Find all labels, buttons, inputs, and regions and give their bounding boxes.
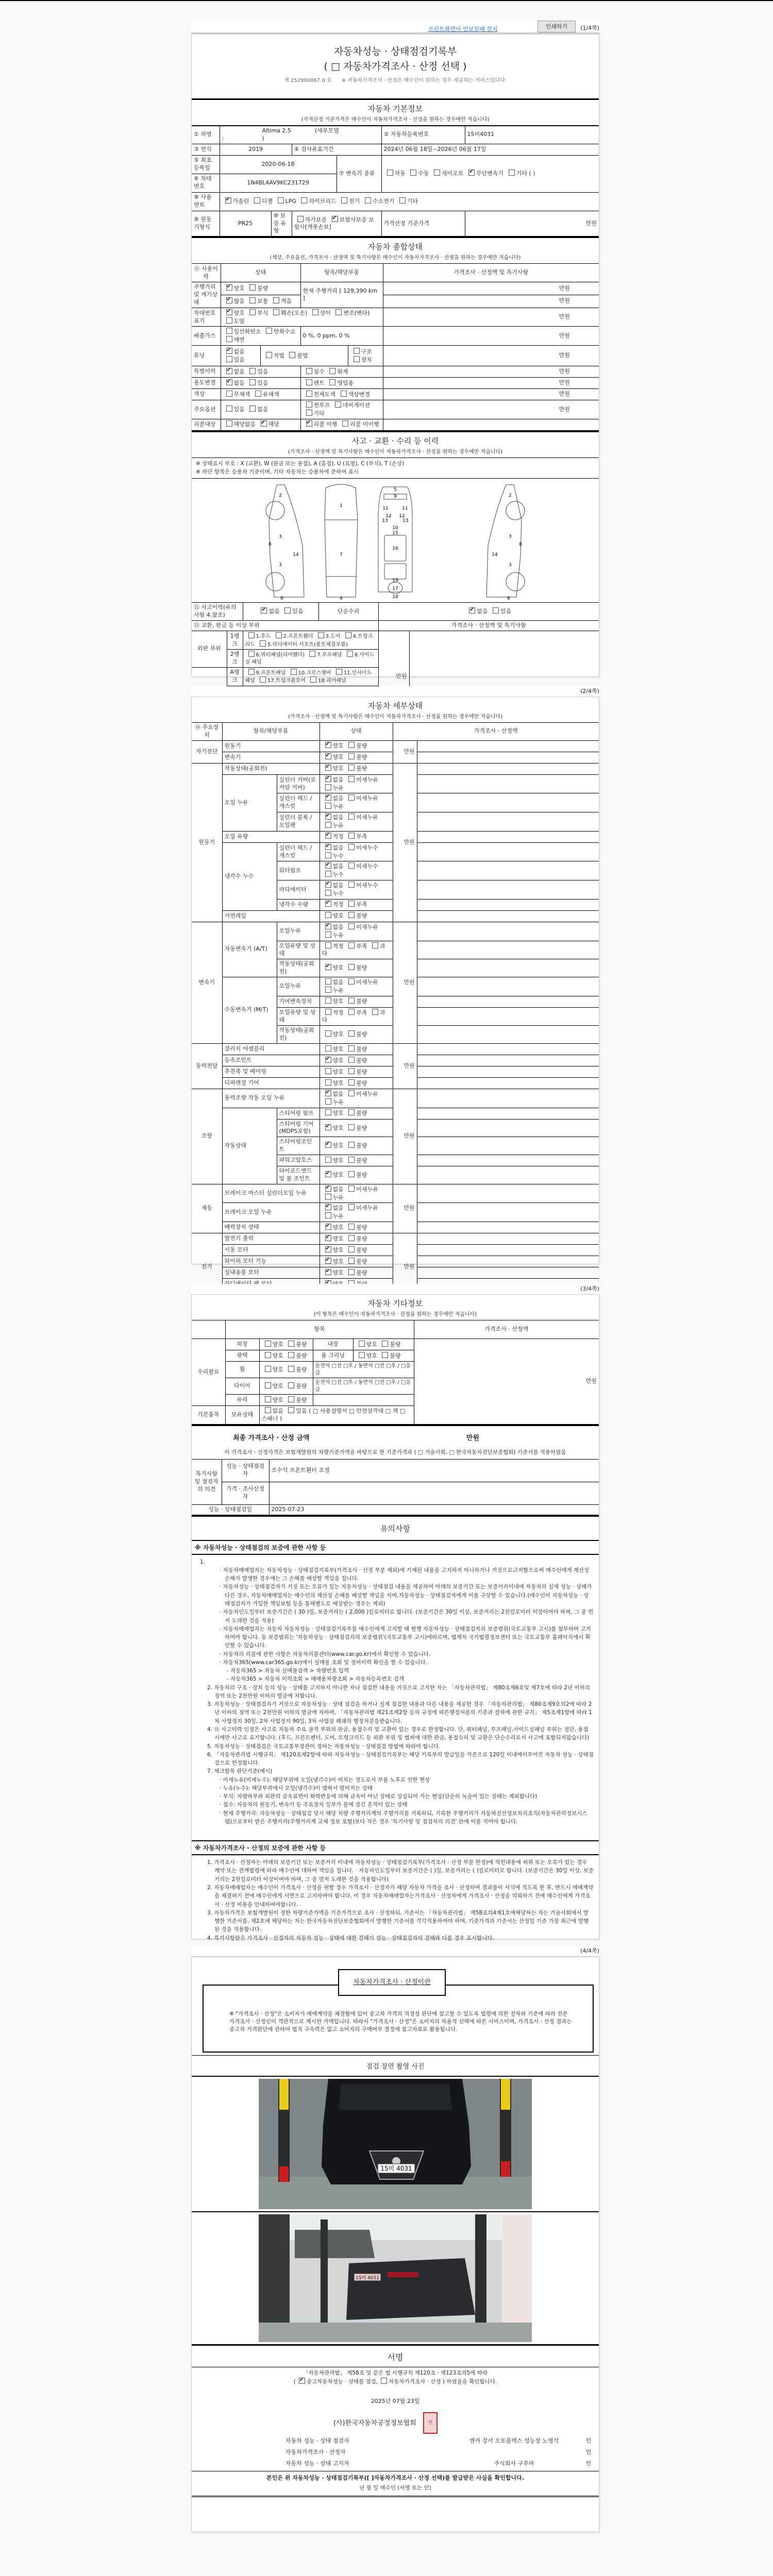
checkbox[interactable] — [325, 1098, 331, 1105]
checkbox-label: 변조(변타) — [343, 310, 369, 316]
checkbox[interactable] — [372, 1009, 378, 1015]
checkbox[interactable] — [342, 420, 348, 427]
checkbox[interactable] — [335, 309, 342, 315]
checkbox-label: 미세누유 — [356, 1186, 378, 1193]
checkbox[interactable] — [325, 1157, 331, 1163]
checkbox[interactable] — [348, 1258, 355, 1264]
checkbox[interactable] — [325, 882, 331, 888]
transmission-label: ⑦ 변속기 종류 — [337, 155, 381, 192]
other-info-table: 항목가격조사 · 산정액수리필요외장양호 불량 내장양호 불량 만원광택양호 불… — [192, 1320, 599, 1425]
engine-value: PR25 — [220, 211, 271, 236]
checkbox[interactable] — [348, 978, 355, 985]
checkbox-label: 불량 — [390, 1352, 400, 1359]
checkbox[interactable] — [325, 1224, 331, 1230]
checkbox-label: 양호 — [333, 1269, 344, 1276]
checkbox[interactable] — [325, 987, 331, 993]
checkbox-label: 양호 — [333, 998, 344, 1005]
checkbox[interactable] — [348, 1045, 355, 1052]
checkbox[interactable] — [468, 170, 475, 176]
checkbox-label: 3.도어 — [326, 634, 341, 639]
checkbox[interactable] — [335, 401, 341, 408]
checkbox-label: 미세누유 — [356, 795, 378, 802]
checkbox[interactable] — [382, 1341, 388, 1347]
checkbox-label: 양호 — [333, 1046, 344, 1053]
checkbox[interactable] — [336, 669, 342, 675]
checkbox[interactable] — [469, 607, 475, 614]
checkbox[interactable] — [354, 356, 360, 362]
checkbox[interactable] — [265, 1396, 271, 1402]
checkbox-label: 불량 — [390, 1341, 400, 1348]
checkbox-label: 양호 — [333, 912, 344, 919]
checkbox[interactable] — [325, 1109, 331, 1115]
page-indicator: (1/4쪽) — [580, 24, 599, 32]
checkbox[interactable] — [226, 328, 232, 334]
checkbox[interactable] — [325, 794, 331, 801]
price-basis-note: 이 가격조사 · 산정가격은 보험개발원의 차량기준가액을 바탕으로 한 기준가… — [192, 1445, 599, 1459]
reg-no-value: 15미4031 — [465, 126, 599, 144]
checkbox[interactable] — [325, 923, 331, 929]
checkbox[interactable] — [348, 765, 355, 771]
checkbox[interactable] — [325, 1142, 331, 1148]
inspection-label: ④ 검사유효기간 — [292, 144, 381, 155]
mileage-label: 주행거리 및 계기상태 — [192, 282, 221, 308]
checkbox[interactable] — [348, 1057, 355, 1063]
checkbox[interactable] — [325, 765, 331, 771]
checkbox[interactable] — [325, 803, 331, 809]
checkbox[interactable] — [288, 1407, 294, 1413]
checkbox-label: 양호 — [333, 1080, 344, 1087]
print-help-link[interactable]: 프린트화면이 안보일때 설치 — [428, 25, 498, 33]
checkbox-label: 매연 — [234, 336, 245, 343]
checkbox[interactable] — [325, 1246, 331, 1252]
checkbox[interactable] — [325, 833, 331, 839]
signer-row: 자동차 성능 · 상태 점검자엔카 강서 오토플렉스 성능장 노영석인 — [192, 2435, 599, 2446]
warranty-label: ⑩ 보증 유형 — [271, 211, 292, 236]
checkbox[interactable] — [348, 882, 355, 888]
checkbox[interactable] — [306, 401, 312, 408]
checkbox[interactable] — [306, 379, 312, 385]
checkbox[interactable] — [226, 348, 232, 354]
checkbox-label: 영업용 — [337, 380, 354, 386]
checkbox[interactable] — [325, 890, 331, 896]
checkbox-label: 2.프론트휀더 — [283, 634, 313, 639]
checkbox-label: 적정 — [333, 1009, 344, 1016]
buyer-confirm: 본인은 위 자동차성능 · 상태점검기록부([ ]자동차가격조사 · 산정 선택… — [192, 2471, 599, 2497]
checkbox-label: 양호 — [333, 1069, 344, 1075]
checkbox[interactable] — [226, 284, 232, 291]
checkbox[interactable] — [289, 352, 295, 358]
accident-legend: ※ 상태표시 부호 : X (교환), W (판금 또는 용접), A (흠집)… — [192, 457, 599, 479]
checkbox-label: 양호 — [333, 742, 344, 749]
device-group: 변속기 — [192, 922, 222, 1043]
law-confirm: 「자동차관리법」 제58조 및 같은 법 시행규칙 제120조 · 제123조의… — [192, 2367, 599, 2388]
checkbox-label: 누유 — [333, 785, 344, 791]
checkbox[interactable] — [348, 1109, 355, 1115]
checkbox-label: 있음 — [234, 357, 245, 363]
checkbox-label: 누유 — [333, 1099, 344, 1106]
checkbox[interactable] — [325, 1185, 331, 1192]
checkbox[interactable] — [249, 309, 256, 315]
checkbox-label: 불량 — [356, 1110, 367, 1116]
checkbox[interactable] — [248, 651, 255, 657]
checkbox[interactable] — [348, 776, 355, 782]
checkbox[interactable] — [382, 1352, 388, 1358]
checkbox-label: 누유 — [333, 987, 344, 994]
checkbox-label: 불량 — [356, 754, 367, 760]
checkbox-label: 양호 — [234, 285, 245, 292]
association-seal: 인 — [423, 2412, 438, 2434]
basic-info-table: ① 차명 Altima 2.5(세부모델 :) ② 자동차등록번호 15미403… — [192, 125, 599, 236]
checkbox[interactable] — [348, 1142, 355, 1148]
checkbox[interactable] — [509, 170, 515, 176]
checkbox[interactable] — [325, 1171, 331, 1177]
checkbox[interactable] — [325, 871, 331, 877]
checkbox[interactable] — [348, 1171, 355, 1177]
checkbox-label: 부족 — [356, 901, 367, 908]
checkbox[interactable] — [325, 1068, 331, 1074]
diagram-part-label: 13 — [402, 518, 408, 523]
checkbox[interactable] — [348, 844, 355, 850]
price-warranty-notes: 1. 가격조사 · 산정자는 아래의 보증기간 또는 보증거리 이내에 자동차성… — [192, 1855, 599, 1959]
checkbox[interactable] — [226, 317, 232, 324]
checkbox-label: 기타 — [314, 410, 325, 417]
checkbox-label: 많음 — [234, 298, 245, 304]
checkbox-label: 양호 — [333, 754, 344, 760]
checkbox[interactable] — [288, 1382, 294, 1388]
checkbox[interactable] — [325, 1030, 331, 1037]
checkbox[interactable] — [226, 420, 232, 427]
diagram-part-label: 3 — [509, 534, 512, 539]
checkbox-label: 해당없음 — [234, 421, 256, 428]
checkbox[interactable] — [266, 352, 272, 358]
signer-row: 자동차가격조사 · 산정자인 — [192, 2446, 599, 2458]
checkbox[interactable] — [248, 632, 255, 638]
checkbox[interactable] — [249, 297, 256, 303]
checkbox-label: 없음 — [234, 380, 245, 386]
checkbox[interactable] — [348, 1079, 355, 1086]
checkbox[interactable] — [265, 1407, 271, 1413]
current-mileage: 현재 주행거리 [ 129,390 km ] — [300, 282, 383, 308]
checkbox[interactable] — [348, 923, 355, 929]
checkbox-label: 불량 — [356, 1224, 367, 1231]
overall-status-table: ⑪ 사용이력상태항목/해당부품가격조사 · 산정액 및 특기사항주행거리 및 계… — [192, 263, 599, 431]
checkbox-label: 미세누유 — [356, 979, 378, 986]
checkbox[interactable] — [348, 1030, 355, 1037]
checkbox[interactable] — [325, 901, 331, 907]
checkbox[interactable] — [325, 978, 331, 985]
checkbox-label: 불량 — [356, 1125, 367, 1131]
checkbox[interactable] — [273, 297, 279, 303]
checkbox-label: 9.프론트패널 — [256, 670, 286, 676]
checkbox[interactable] — [226, 405, 232, 412]
checkbox-label: 미세누유 — [356, 776, 378, 783]
base-price-unit: 만원 — [465, 211, 599, 236]
checkbox[interactable] — [493, 607, 499, 614]
checkbox[interactable] — [261, 420, 267, 427]
checkbox-label: 수동 — [418, 170, 429, 177]
checkbox[interactable] — [348, 1235, 355, 1241]
diagram-part-label: 2 — [509, 493, 512, 498]
checkbox[interactable] — [325, 1194, 331, 1200]
checkbox[interactable] — [226, 309, 232, 315]
checkbox-label: 양호 — [273, 1383, 283, 1389]
checkbox[interactable] — [226, 336, 232, 342]
page-3-indicator: (3/4쪽) — [191, 1284, 599, 1294]
checkbox[interactable] — [354, 348, 360, 354]
checkbox[interactable] — [348, 1224, 355, 1230]
checkbox-label: 양호 — [366, 1341, 377, 1348]
checkbox[interactable] — [365, 197, 371, 204]
checkbox[interactable] — [325, 1090, 331, 1096]
diagram-part-label: 11 — [382, 506, 388, 511]
checkbox[interactable] — [306, 368, 312, 374]
association-name: (사)한국자동차공정정보협회 — [333, 2419, 416, 2427]
checkbox-label: 없음 — [333, 1186, 344, 1193]
checkbox-label: 누유 — [333, 1213, 344, 1219]
checkbox-label: 불량 — [296, 1341, 307, 1348]
checkbox[interactable] — [260, 676, 266, 683]
checkbox[interactable] — [325, 822, 331, 828]
checkbox[interactable] — [225, 197, 231, 204]
checkbox-label: 불량 — [356, 1235, 367, 1242]
checkbox[interactable] — [325, 852, 331, 858]
checkbox[interactable] — [255, 391, 261, 397]
checkbox-label: 양호 — [333, 1110, 344, 1116]
checkbox[interactable] — [348, 1185, 355, 1192]
print-button[interactable]: 인쇄하기 — [537, 21, 576, 32]
checkbox-label: 해당 — [268, 421, 279, 428]
checkbox[interactable] — [265, 1341, 271, 1347]
checkbox[interactable] — [329, 368, 335, 374]
checkbox[interactable] — [249, 368, 256, 374]
checkbox[interactable] — [260, 640, 266, 647]
checkbox-label: 있음 — [292, 608, 303, 615]
checkbox-label: 불량 — [356, 1046, 367, 1053]
checkbox-label: 탄화수소 — [274, 328, 296, 335]
checkbox[interactable] — [325, 862, 331, 869]
checkbox[interactable] — [348, 1204, 355, 1210]
inspection-photo-front: 15미 4031 — [259, 2079, 532, 2209]
checkbox-label: 불량 — [356, 1172, 367, 1178]
checkbox[interactable] — [348, 1090, 355, 1096]
diagram-part-label: 4 — [340, 596, 343, 601]
checkbox-label: 훼손(오손) — [281, 310, 307, 316]
checkbox[interactable] — [325, 997, 331, 1004]
checkbox[interactable] — [265, 1366, 271, 1372]
checkbox[interactable] — [372, 942, 378, 948]
checkbox-label: 17.트렁크플로어 — [267, 678, 306, 684]
checkbox[interactable] — [266, 328, 272, 334]
checkbox[interactable] — [348, 901, 355, 907]
diagram-part-label: 17 — [392, 586, 398, 591]
checkbox[interactable] — [325, 753, 331, 759]
checkbox[interactable] — [348, 1068, 355, 1074]
checkbox-label: 불량 — [296, 1397, 307, 1403]
checkbox[interactable] — [325, 1009, 331, 1015]
checkbox[interactable] — [325, 931, 331, 938]
checkbox[interactable] — [325, 784, 331, 790]
checkbox[interactable] — [410, 170, 416, 176]
checkbox-label: 자가보증 — [305, 216, 327, 223]
checkbox-label: 없음 — [234, 348, 245, 355]
checkbox-label: 양호 — [273, 1397, 283, 1403]
checkbox[interactable] — [348, 1157, 355, 1163]
checkbox[interactable] — [347, 651, 353, 657]
checkbox[interactable] — [325, 1124, 331, 1130]
checkbox[interactable] — [297, 216, 304, 222]
checkbox[interactable] — [254, 197, 260, 204]
checkbox-label: 불량 — [356, 912, 367, 919]
checkbox[interactable] — [261, 607, 267, 614]
transmission-options: 자동 수동 세미오토 무단변속기 기타 ( ) — [381, 155, 599, 192]
checkbox[interactable] — [288, 1396, 294, 1402]
checkbox-label: 기타 — [407, 198, 418, 205]
checkbox[interactable] — [348, 964, 355, 970]
diagram-part-label: 18 — [392, 595, 398, 600]
checkbox[interactable] — [312, 309, 318, 315]
checkbox[interactable] — [345, 632, 351, 638]
diagram-part-label: 3 — [509, 563, 512, 568]
checkbox[interactable] — [325, 1235, 331, 1241]
checkbox[interactable] — [249, 379, 256, 385]
page-2: 자동차 세부상태 (가격조사 · 산정액 및 특기사항은 매수인이 자동차가격조… — [191, 697, 599, 1264]
opinion-table: 특기사항 및 점검자의 의견성능 · 상태점검자조수석 프론트휀더 조정 가격 … — [192, 1459, 599, 1515]
checkbox-label: 1.후드 — [256, 634, 271, 639]
checkbox-label: 미세누유 — [356, 1091, 378, 1097]
checkbox[interactable] — [348, 742, 355, 748]
checkbox[interactable] — [276, 632, 282, 638]
checkbox[interactable] — [288, 1341, 294, 1347]
checkbox[interactable] — [325, 1212, 331, 1218]
checkbox-label: 미세누유 — [356, 814, 378, 821]
checkbox[interactable] — [273, 309, 279, 315]
checkbox[interactable] — [318, 632, 324, 638]
checkbox-label: 누수 — [333, 853, 344, 859]
checkbox-label: 양호 — [333, 1258, 344, 1265]
checkbox[interactable] — [348, 1009, 355, 1015]
checkbox[interactable] — [226, 297, 232, 303]
warranty-title: ※ 자동차성능 · 상태점검의 보증에 관한 사항 등 — [192, 1540, 599, 1555]
checkbox[interactable] — [348, 833, 355, 839]
checkbox[interactable] — [288, 1366, 294, 1372]
checkbox[interactable] — [348, 814, 355, 820]
checkbox[interactable] — [301, 197, 307, 204]
checkbox[interactable] — [226, 379, 232, 385]
checkbox[interactable] — [325, 1269, 331, 1275]
checkbox-label: 불량 — [356, 765, 367, 772]
checkbox[interactable] — [278, 197, 284, 204]
checkbox[interactable] — [325, 942, 331, 948]
checkbox[interactable] — [306, 391, 312, 397]
checkbox-label: 적정 — [333, 901, 344, 908]
checkbox[interactable] — [288, 1352, 294, 1358]
checkbox[interactable] — [309, 651, 315, 657]
checkbox[interactable] — [348, 997, 355, 1004]
checkbox[interactable] — [226, 356, 232, 362]
checkbox-label: 불량 — [356, 1142, 367, 1149]
checkbox[interactable] — [325, 912, 331, 918]
first-reg-label: ⑤ 최초 등록일 — [192, 155, 220, 174]
checkbox-label: 양호 — [333, 1247, 344, 1253]
checkbox-label: 불량 — [356, 1269, 367, 1276]
document-title: 자동차성능 · 상태점검기록부 — [192, 44, 599, 58]
checkbox[interactable] — [348, 753, 355, 759]
checkbox[interactable] — [348, 1246, 355, 1252]
checkbox[interactable] — [341, 391, 347, 397]
checkbox[interactable] — [325, 1057, 331, 1063]
checkbox[interactable] — [348, 1269, 355, 1275]
other-info-header: 자동차 기타정보 (이 항목은 매수인이 자동차가격조사 · 산정을 원하는 경… — [192, 1298, 599, 1320]
checkbox[interactable] — [284, 607, 291, 614]
checkbox[interactable] — [325, 776, 331, 782]
checkbox[interactable] — [306, 420, 312, 427]
checkbox[interactable] — [332, 216, 338, 222]
checkbox[interactable] — [359, 1341, 365, 1347]
checkbox[interactable] — [248, 669, 255, 675]
checkbox[interactable] — [387, 170, 393, 176]
checkbox[interactable] — [325, 814, 331, 820]
checkbox-price-appraisal[interactable] — [381, 2378, 387, 2384]
checkbox-label: 없음 — [333, 924, 344, 930]
checkbox-used-car-inspection[interactable] — [299, 2378, 305, 2384]
checkbox[interactable] — [348, 942, 355, 948]
checkbox[interactable] — [329, 379, 335, 385]
page-2-indicator: (2/4쪽) — [191, 686, 599, 697]
device-group: 제동 — [192, 1184, 222, 1233]
checkbox[interactable] — [325, 844, 331, 850]
checkbox-label: 불량 — [356, 1258, 367, 1265]
checkbox[interactable] — [325, 742, 331, 748]
checkbox[interactable] — [249, 284, 256, 291]
checkbox-label: 무단변속기 — [476, 170, 503, 177]
checkbox-label: 부식 — [257, 310, 268, 316]
checkbox[interactable] — [434, 170, 440, 176]
checkbox[interactable] — [325, 1258, 331, 1264]
checkbox[interactable] — [291, 669, 297, 675]
checkbox-label: 상이 — [320, 310, 331, 316]
checkbox-label: 부족 — [356, 943, 367, 950]
checkbox[interactable] — [249, 405, 256, 412]
checkbox-label: 적정 — [333, 833, 344, 840]
photo-row-2: 15미 4031 — [192, 2211, 599, 2344]
checkbox[interactable] — [265, 1352, 271, 1358]
checkbox-label: 양호 — [366, 1352, 377, 1359]
checkbox[interactable] — [226, 368, 232, 374]
checkbox[interactable] — [359, 1352, 365, 1358]
checkbox[interactable] — [341, 197, 347, 204]
checkbox[interactable] — [306, 410, 312, 416]
checkbox[interactable] — [325, 1079, 331, 1086]
checkbox-label: 없음 — [268, 608, 279, 615]
checkbox-label: 없음 — [273, 1408, 283, 1414]
checkbox[interactable] — [265, 1382, 271, 1388]
checkbox-label: 누유 — [333, 932, 344, 939]
checkbox-label: 적정 — [333, 943, 344, 950]
accident-header: 사고 · 교환 · 수리 등 이력 (가격조사 · 산정액 및 특기사항은 매수… — [192, 431, 599, 457]
checkbox[interactable] — [399, 197, 406, 204]
checkbox[interactable] — [348, 862, 355, 869]
checkbox[interactable] — [310, 676, 316, 683]
car-name-cell: Altima 2.5(세부모델 :) — [220, 126, 381, 144]
checkbox[interactable] — [325, 1204, 331, 1210]
checkbox[interactable] — [348, 1124, 355, 1130]
checkbox[interactable] — [325, 1045, 331, 1052]
checkbox[interactable] — [348, 794, 355, 801]
checkbox[interactable] — [226, 391, 232, 397]
checkbox[interactable] — [348, 912, 355, 918]
appraiser-label: 가격 · 조사산정자 — [222, 1482, 269, 1504]
checkbox[interactable] — [325, 964, 331, 970]
